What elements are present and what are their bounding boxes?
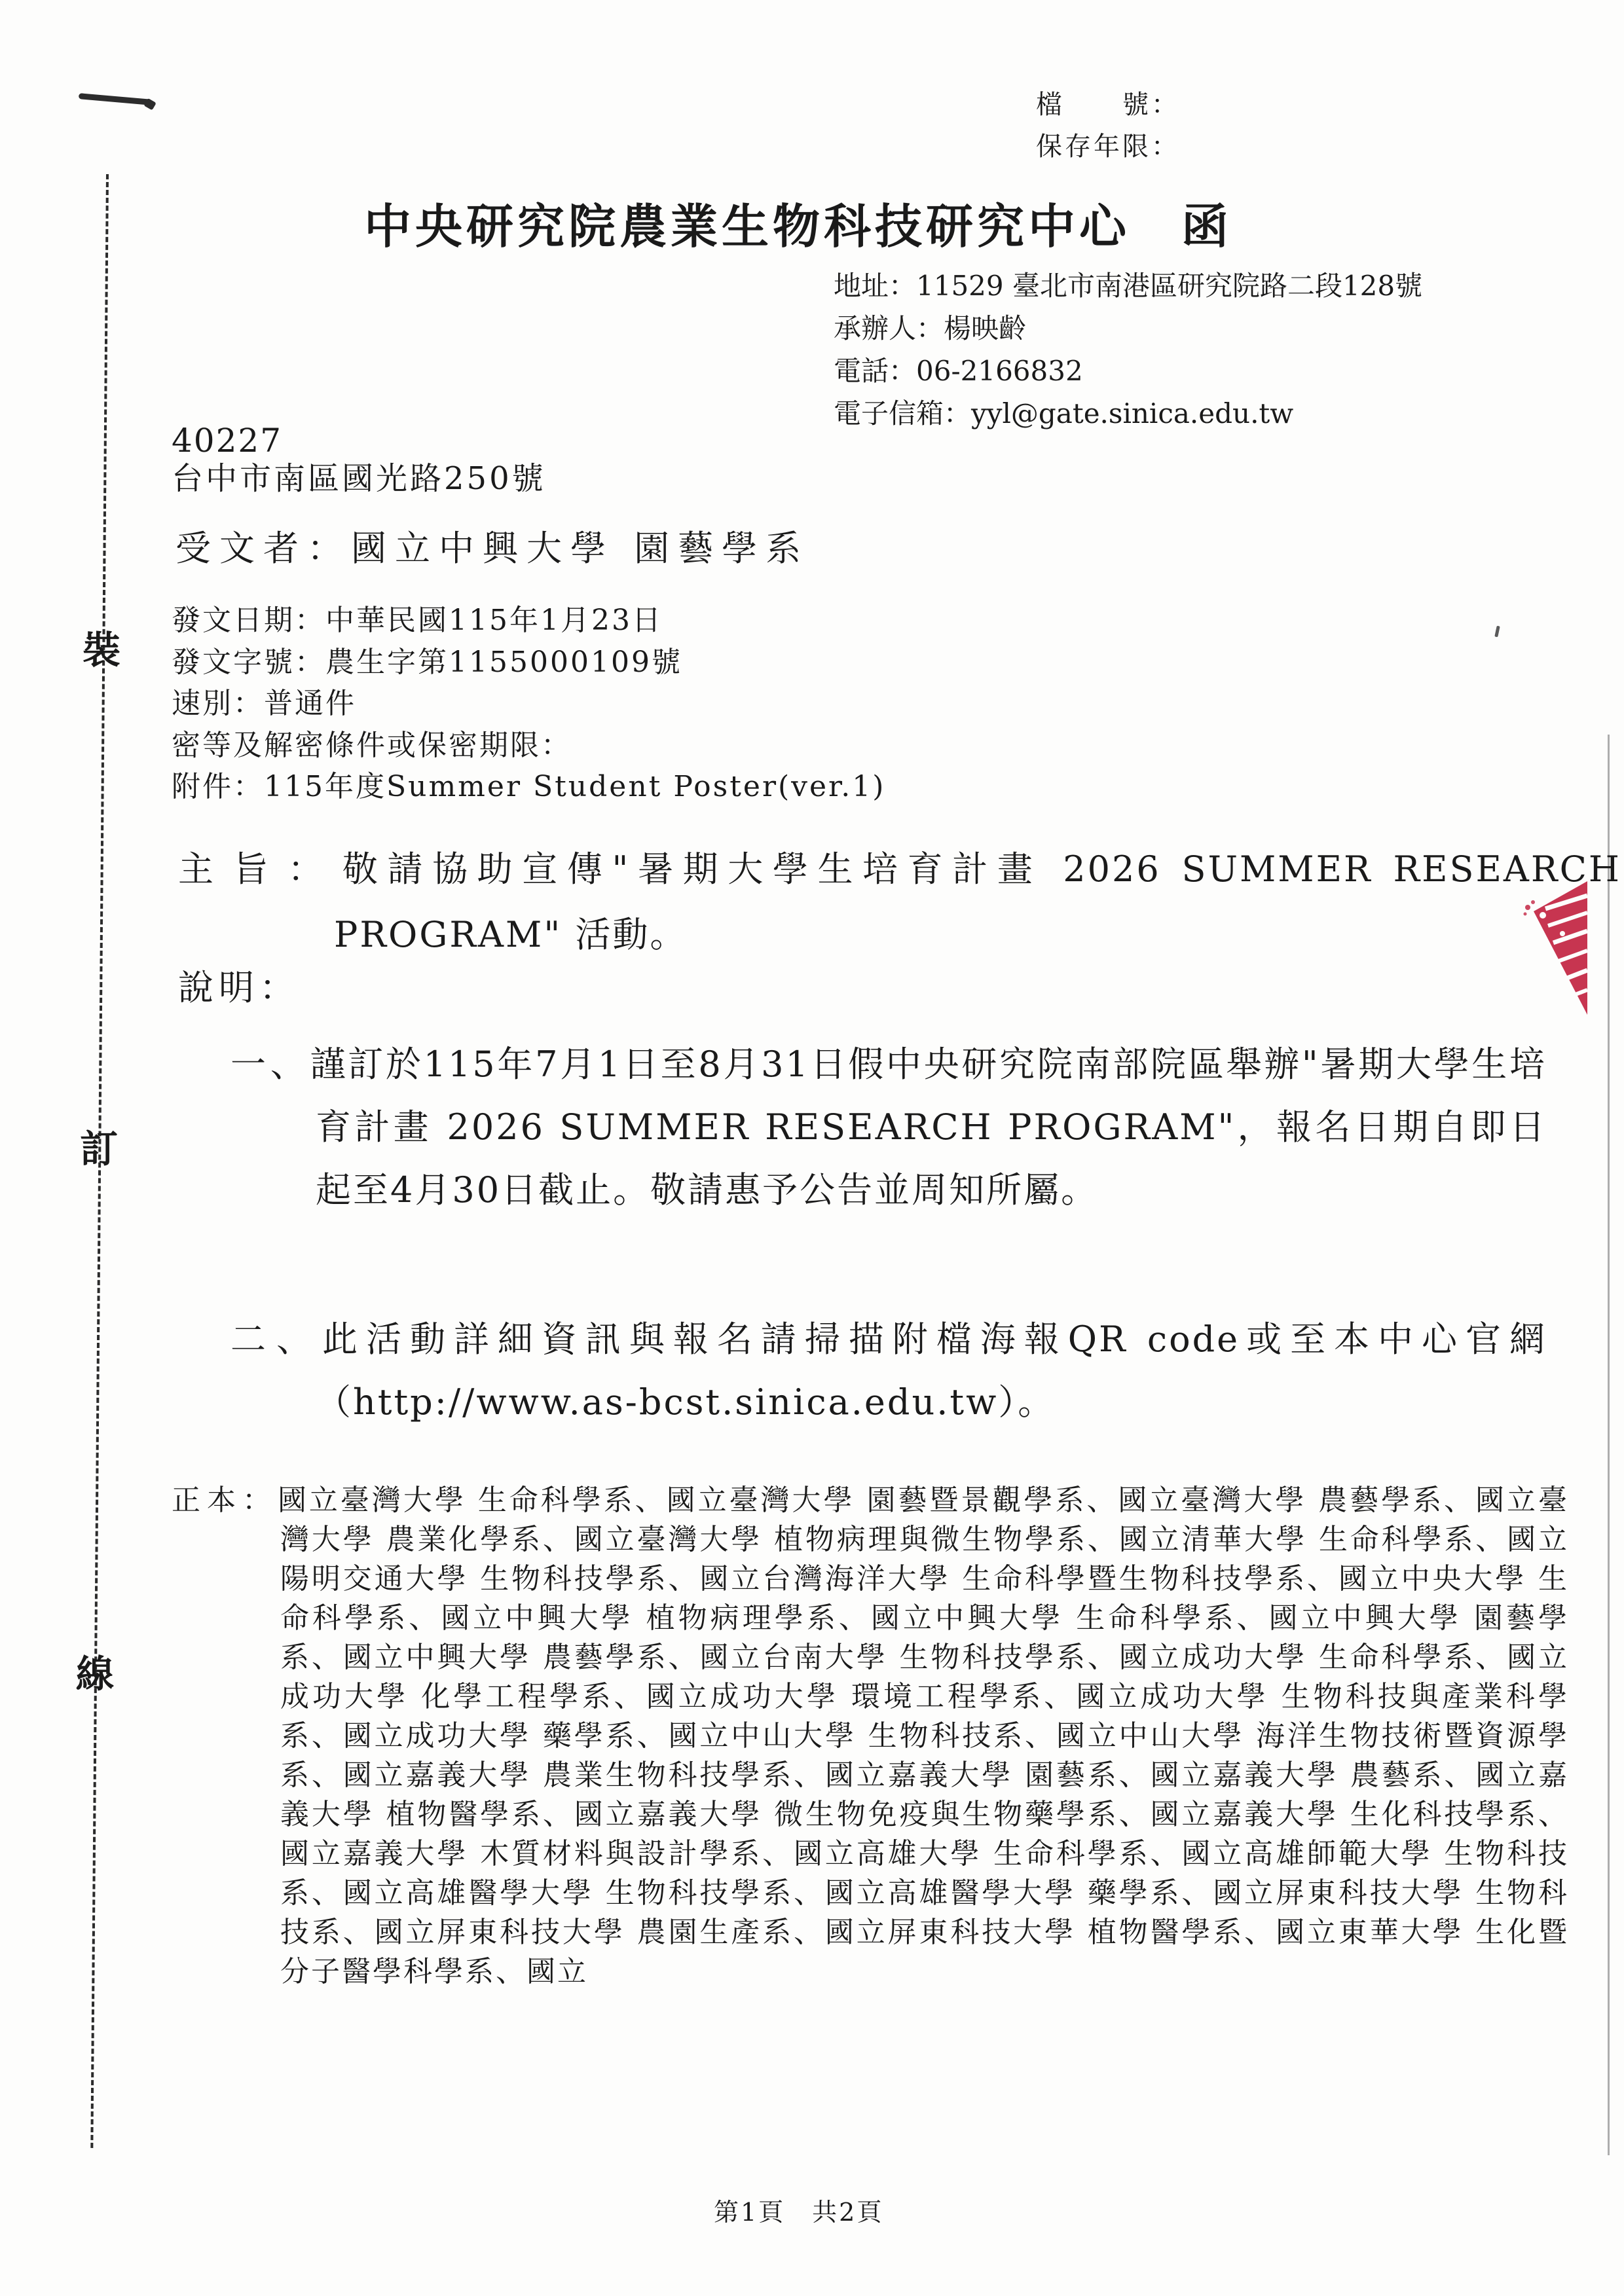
file-number-label: 檔 號：	[1036, 84, 1180, 126]
pen-stroke-artifact	[79, 93, 152, 105]
item-text: 謹訂於115年7月1日至8月31日假中央研究院南部院區舉辦"暑期大學生培育計畫 …	[310, 1044, 1547, 1211]
explanation-item-2: 二、此活動詳細資訊與報名請掃描附檔海報QR code或至本中心官網（http:/…	[231, 1308, 1547, 1434]
item-number: 二、	[231, 1319, 322, 1360]
copy-to-block: 正本：國立臺灣大學 生命科學系、國立臺灣大學 園藝暨景觀學系、國立臺灣大學 農藝…	[172, 1481, 1569, 1992]
binding-mark-zhuang: 裝	[83, 619, 120, 674]
item-number: 一、	[231, 1044, 310, 1085]
subject-line: 主旨：敬請協助宣傳"暑期大學生培育計畫 2026 SUMMER RESEARCH…	[178, 837, 1621, 968]
explanation-label: 說明：	[178, 960, 300, 1010]
sender-contact-block: 地址：11529 臺北市南港區研究院路二段128號 承辦人：楊映齡 電話：06-…	[834, 264, 1422, 435]
sender-phone: 電話：06-2166832	[834, 350, 1422, 392]
document-meta-block: 發文日期：中華民國115年1月23日 發文字號：農生字第1155000109號 …	[172, 600, 885, 808]
binding-mark-xian: 線	[76, 1643, 114, 1698]
sender-contact-person: 承辦人：楊映齡	[834, 307, 1422, 350]
binding-mark-ding: 訂	[80, 1118, 118, 1173]
item-text: 此活動詳細資訊與報名請掃描附檔海報QR code或至本中心官網（http://w…	[316, 1319, 1547, 1423]
copy-to-text: 國立臺灣大學 生命科學系、國立臺灣大學 園藝暨景觀學系、國立臺灣大學 農藝學系、…	[278, 1484, 1569, 1988]
ink-speck	[1494, 626, 1500, 638]
subject-label: 主旨：	[178, 848, 342, 890]
recipient-line: 受文者：國立中興大學 園藝學系	[175, 520, 809, 571]
retention-period-label: 保存年限：	[1036, 126, 1180, 168]
official-stamp	[1523, 875, 1590, 1020]
copy-to-label: 正本：	[172, 1484, 278, 1517]
sender-address: 地址：11529 臺北市南港區研究院路二段128號	[834, 264, 1422, 307]
recipient-address: 台中市南區國光路250號	[172, 453, 546, 498]
security-classification: 密等及解密條件或保密期限：	[172, 725, 885, 767]
delivery-speed: 速別：普通件	[172, 683, 885, 725]
attachment-note: 附件：115年度Summer Student Poster(ver.1)	[172, 766, 885, 808]
sender-email: 電子信箱：yyl@gate.sinica.edu.tw	[834, 392, 1422, 435]
subject-text: 敬請協助宣傳"暑期大學生培育計畫 2026 SUMMER RESEARCH PR…	[334, 848, 1621, 955]
explanation-item-1: 一、謹訂於115年7月1日至8月31日假中央研究院南部院區舉辦"暑期大學生培育計…	[231, 1033, 1547, 1222]
document-title: 中央研究院農業生物科技研究中心 函	[364, 189, 1232, 257]
page-footer: 第1頁 共2頁	[714, 2192, 883, 2228]
issue-date: 發文日期：中華民國115年1月23日	[172, 600, 885, 642]
archive-label-block: 檔 號： 保存年限：	[1036, 84, 1180, 168]
document-number: 發文字號：農生字第1155000109號	[172, 642, 885, 683]
scanned-letter-page: 裝 訂 線 檔 號： 保存年限： 中央研究院農業生物科技研究中心 函 地址：11…	[0, 0, 1624, 2296]
